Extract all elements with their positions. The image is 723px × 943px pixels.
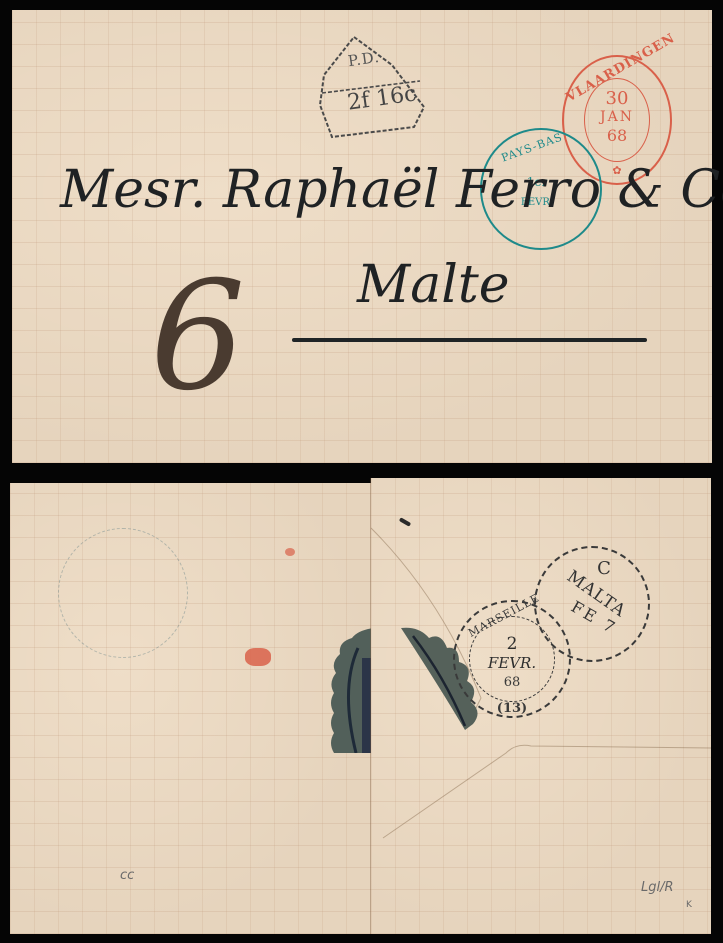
cover-back-right-flap: MARSEILLE 2 FEVR. 68 (13) C MALTA FE 7 L…: [371, 478, 711, 934]
faint-ghost-postmark: [58, 528, 188, 658]
malta-letter: C: [589, 560, 619, 578]
pencil-note-right: Lgl/R: [641, 880, 674, 895]
vlaardingen-day: 30: [597, 90, 637, 108]
pencil-note-corner: K: [686, 900, 692, 910]
marseille-month: FEVR.: [481, 656, 543, 671]
red-wax-speck: [245, 648, 271, 666]
manuscript-charge: 6: [150, 250, 245, 424]
vlaardingen-year: 68: [597, 128, 637, 144]
marseille-year: 68: [492, 676, 532, 689]
cover-front: P.D. 2f 16c VLAARDINGEN 30 JAN 68 ✿ PAYS…: [12, 10, 712, 463]
address-line-2: Malte: [357, 255, 510, 315]
marseille-day: 2: [492, 636, 532, 653]
marseille-code: (13): [487, 702, 537, 715]
wax-seal-fragment-left: [328, 628, 374, 753]
address-underline: [292, 338, 647, 342]
red-wax-speck-small: [285, 548, 295, 556]
pencil-note-left: cc: [120, 868, 134, 883]
address-line-1: Mesr. Raphaël Ferro & Co: [60, 160, 723, 220]
cover-back-left-panel: cc: [10, 483, 374, 934]
vlaardingen-month: JAN: [594, 110, 640, 124]
